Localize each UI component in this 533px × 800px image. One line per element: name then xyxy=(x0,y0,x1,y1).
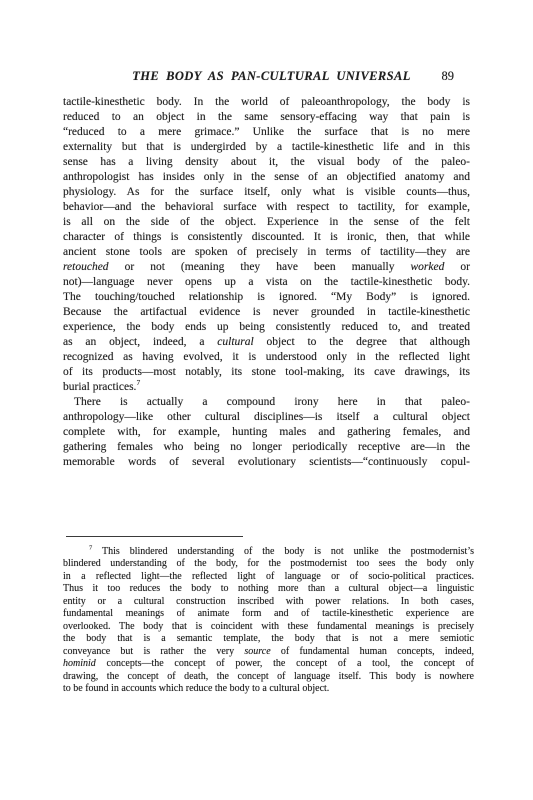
text-line: Because the artifactual evidence is neve… xyxy=(63,305,470,320)
text-line: anthropologist has insides only in the s… xyxy=(63,170,470,185)
text-line: reduced to an object in the same sensory… xyxy=(63,110,470,125)
text-line: experience, the body ends up being consi… xyxy=(63,320,470,335)
text-line: externality but that is undergirded by a… xyxy=(63,140,470,155)
text-line: not)—language never opens up a vista on … xyxy=(63,275,470,290)
text-line: behavior—and the behavioral surface with… xyxy=(63,200,470,215)
paragraph-2: There is actually a compound irony here … xyxy=(63,395,470,470)
book-page: THE BODY AS PAN-CULTURAL UNIVERSAL 89 ta… xyxy=(0,0,533,800)
running-title: THE BODY AS PAN-CULTURAL UNIVERSAL xyxy=(63,69,470,84)
text-line: is all on the side of the object. Experi… xyxy=(63,215,470,230)
text-line: tactile-kinesthetic body. In the world o… xyxy=(63,95,470,110)
text-line: ancient stone tools are spoken of precis… xyxy=(63,245,470,260)
page-number: 89 xyxy=(442,69,455,84)
text-line: entity or a cultural construction inscri… xyxy=(63,596,474,608)
text-line: “reduced to a mere grimace.” Unlike the … xyxy=(63,125,470,140)
text-line: of its products—most notably, its stone … xyxy=(63,365,470,380)
text-line: conveyance but is rather the very source… xyxy=(63,646,474,658)
text-line: memorable words of several evolutionary … xyxy=(63,455,470,470)
text-line: character of things is consistently disc… xyxy=(63,230,470,245)
text-line: retouched or not (meaning they have been… xyxy=(63,260,470,275)
text-line: complete with, for example, hunting male… xyxy=(63,425,470,440)
text-line: sense has a living density about it, the… xyxy=(63,155,470,170)
text-line: the body that is a semantic template, th… xyxy=(63,633,474,645)
text-line: in a reflected light—the reflected light… xyxy=(63,571,474,583)
text-line: hominid concepts—the concept of power, t… xyxy=(63,658,474,670)
running-header: THE BODY AS PAN-CULTURAL UNIVERSAL 89 xyxy=(63,69,470,85)
text-line: 7 This blindered understanding of the bo… xyxy=(63,546,474,558)
text-line: to be found in accounts which reduce the… xyxy=(63,683,474,695)
footnote-rule xyxy=(66,536,243,537)
footnote-text: 7 This blindered understanding of the bo… xyxy=(63,546,474,695)
text-line: drawing, the concept of death, the conce… xyxy=(63,671,474,683)
text-line: physiology. As for the surface itself, o… xyxy=(63,185,470,200)
paragraph-1: tactile-kinesthetic body. In the world o… xyxy=(63,95,470,395)
text-line: blindered understanding of the body, for… xyxy=(63,558,474,570)
text-line: burial practices.7 xyxy=(63,380,470,395)
text-line: fundamental meanings of animate form and… xyxy=(63,608,474,620)
text-line: The touching/touched relationship is ign… xyxy=(63,290,470,305)
text-line: as an object, indeed, a cultural object … xyxy=(63,335,470,350)
text-line: anthropology—like other cultural discipl… xyxy=(63,410,470,425)
text-line: overlooked. The body that is coincident … xyxy=(63,621,474,633)
text-line: gathering females who being no longer pe… xyxy=(63,440,470,455)
text-line: Thus it too reduces the body to nothing … xyxy=(63,583,474,595)
main-text: tactile-kinesthetic body. In the world o… xyxy=(63,95,470,470)
text-line: recognized as having evolved, it is unde… xyxy=(63,350,470,365)
text-line: There is actually a compound irony here … xyxy=(63,395,470,410)
